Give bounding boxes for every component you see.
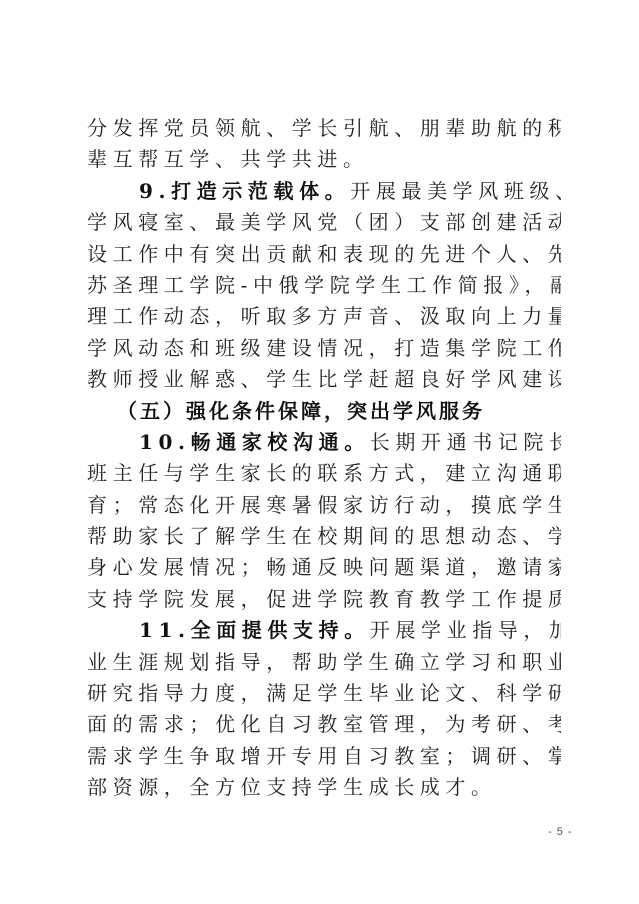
paragraph-line: 班主任与学生家长的联系方式，建立沟通联络机制，实现家校共 bbox=[87, 458, 561, 489]
paragraph-line: 业生涯规划指导，帮助学生确立学习和职业发展目标；加大专业 bbox=[87, 647, 561, 678]
document-body: 分发挥党员领航、学长引航、朋辈助航的积极作用，引导学生朋 辈互帮互学、共学共进。… bbox=[87, 113, 561, 804]
paragraph-line: 研究指导力度，满足学生毕业论文、科学研究、学科类竞赛等方 bbox=[87, 678, 561, 709]
paragraph-line: 部资源，全方位支持学生成长成才。 bbox=[87, 772, 561, 803]
paragraph-line: 辈互帮互学、共学共进。 bbox=[87, 144, 561, 175]
item-9-text: 开展最美学风班级、最美学风寝室、特色 bbox=[350, 179, 561, 203]
page-number: - 5 - bbox=[548, 826, 573, 838]
item-10-title: 10.畅通家校沟通。 bbox=[139, 430, 370, 454]
paragraph-line: 学风动态和班级建设情况，打造集学院工作引领、班级奋勇争先、 bbox=[87, 333, 561, 364]
paragraph-line: 需求学生争取增开专用自习教室；调研、掌握学生诉求，争取外 bbox=[87, 741, 561, 772]
paragraph-line: 育；常态化开展寒暑假家访行动，摸底学生原生家庭的相关情况， bbox=[87, 490, 561, 521]
item-11-title: 11.全面提供支持。 bbox=[139, 618, 370, 642]
paragraph-line: 教师授业解惑、学生比学赶超良好学风建设的综合载体。 bbox=[87, 364, 561, 395]
paragraph-line: 支持学院发展，促进学院教育教学工作提质增效。 bbox=[87, 584, 561, 615]
item-9-line: 9.打造示范载体。开展最美学风班级、最美学风寝室、特色 bbox=[87, 176, 561, 207]
paragraph-line: 分发挥党员领航、学长引航、朋辈助航的积极作用，引导学生朋 bbox=[87, 113, 561, 144]
paragraph-line: 身心发展情况；畅通反映问题渠道，邀请家长参与学院教育管理， bbox=[87, 552, 561, 583]
paragraph-line: 帮助家长了解学生在校期间的思想动态、学业状况、行为表现和 bbox=[87, 521, 561, 552]
paragraph-line: 学风寝室、最美学风党（团）支部创建活动，年底表彰在学风建 bbox=[87, 207, 561, 238]
paragraph-line: 设工作中有突出贡献和表现的先进个人、先进集体；继续刊发《江 bbox=[87, 239, 561, 270]
item-10-line: 10.畅通家校沟通。长期开通书记院长信箱，互通辅导员、 bbox=[87, 427, 561, 458]
paragraph-line: 理工作动态，听取多方声音、汲取向上力量，积极推宣各班良好 bbox=[87, 301, 561, 332]
item-9-title: 9.打造示范载体。 bbox=[139, 179, 350, 203]
item-11-text: 开展学业指导，加强对学生的学业和职 bbox=[370, 618, 561, 642]
paragraph-line: 苏圣理工学院-中俄学院学生工作简报》，融汇学院学生教育管 bbox=[87, 270, 561, 301]
paragraph-line: 面的需求；优化自习教室管理，为考研、考编、考级等不同自习 bbox=[87, 709, 561, 740]
item-11-line: 11.全面提供支持。开展学业指导，加强对学生的学业和职 bbox=[87, 615, 561, 646]
section-heading: （五）强化条件保障，突出学风服务 bbox=[87, 396, 561, 427]
item-10-text: 长期开通书记院长信箱，互通辅导员、 bbox=[370, 430, 561, 454]
